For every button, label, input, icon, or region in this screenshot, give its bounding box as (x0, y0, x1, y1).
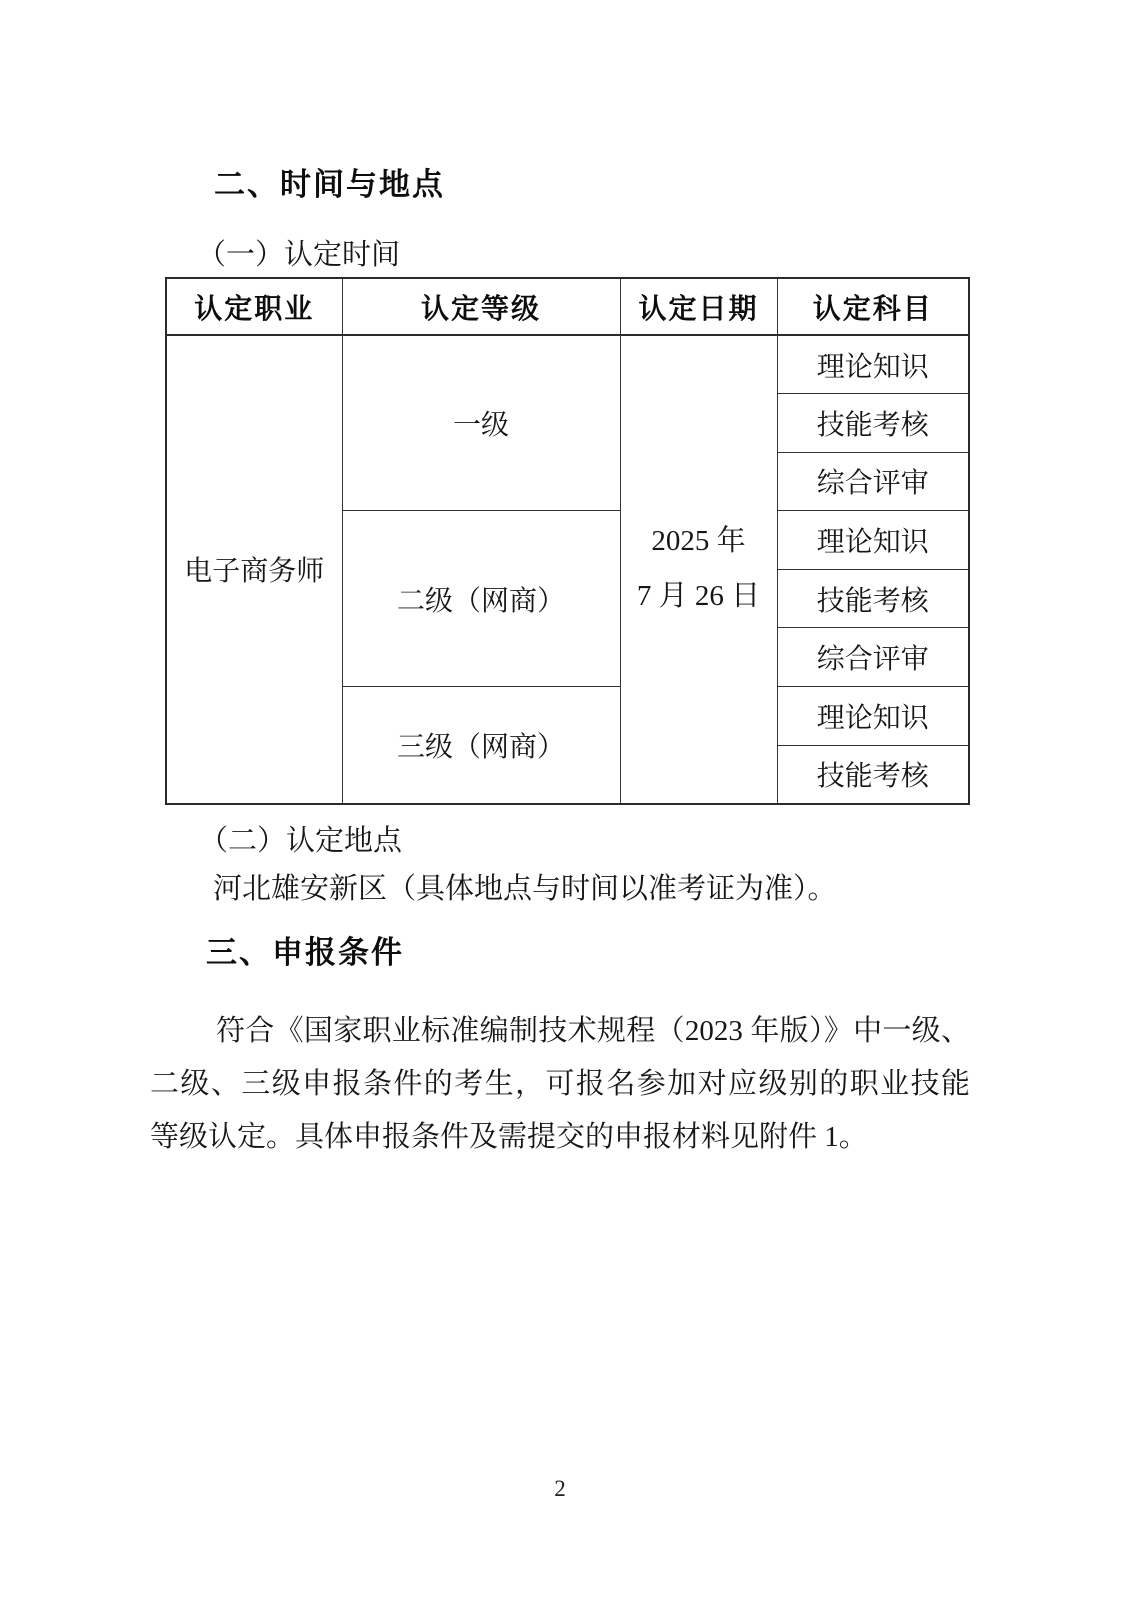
cell-subject: 综合评审 (777, 452, 969, 511)
section-heading-application-conditions: 三、申报条件 (206, 934, 404, 972)
paragraph-line-1: 符合《国家职业标准编制技术规程（2023 年版）》中一级、 (150, 1005, 970, 1058)
date-line-2: 7 月 26 日 (621, 569, 777, 624)
col-header-occupation: 认定职业 (166, 278, 342, 335)
table-header-row: 认定职业 认定等级 认定日期 认定科目 (166, 278, 969, 335)
subsection-heading-assessment-location: （二）认定地点 (199, 822, 402, 860)
cell-date: 2025 年 7 月 26 日 (620, 335, 777, 804)
cell-subject: 技能考核 (777, 745, 969, 804)
conditions-paragraph: 符合《国家职业标准编制技术规程（2023 年版）》中一级、 二级、三级申报条件的… (150, 1005, 970, 1164)
subsection-heading-assessment-time: （一）认定时间 (197, 236, 400, 274)
cell-level-1: 一级 (342, 335, 620, 511)
col-header-level: 认定等级 (342, 278, 620, 335)
document-page: 二、时间与地点 （一）认定时间 认定职业 认定等级 认定日期 认定科目 电子商务… (0, 0, 1131, 1600)
date-line-1: 2025 年 (621, 514, 777, 569)
cell-subject: 理论知识 (777, 687, 969, 746)
section-heading-time-location: 二、时间与地点 (214, 166, 445, 204)
col-header-subject: 认定科目 (777, 278, 969, 335)
cell-subject: 技能考核 (777, 394, 969, 453)
cell-occupation: 电子商务师 (166, 335, 342, 804)
col-header-date: 认定日期 (620, 278, 777, 335)
assessment-schedule-table: 认定职业 认定等级 认定日期 认定科目 电子商务师 一级 2025 年 7 月 … (165, 277, 970, 805)
page-number: 2 (150, 1476, 970, 1502)
cell-subject: 技能考核 (777, 569, 969, 628)
cell-level-2: 二级（网商） (342, 511, 620, 687)
paragraph-line-3: 等级认定。具体申报条件及需提交的申报材料见附件 1。 (150, 1111, 970, 1164)
cell-subject: 理论知识 (777, 511, 969, 570)
table-row: 电子商务师 一级 2025 年 7 月 26 日 理论知识 (166, 335, 969, 394)
cell-subject: 综合评审 (777, 628, 969, 687)
paragraph-line-2: 二级、三级申报条件的考生，可报名参加对应级别的职业技能 (150, 1058, 970, 1111)
cell-subject: 理论知识 (777, 335, 969, 394)
cell-level-3: 三级（网商） (342, 687, 620, 804)
location-text: 河北雄安新区（具体地点与时间以准考证为准）。 (213, 870, 837, 908)
